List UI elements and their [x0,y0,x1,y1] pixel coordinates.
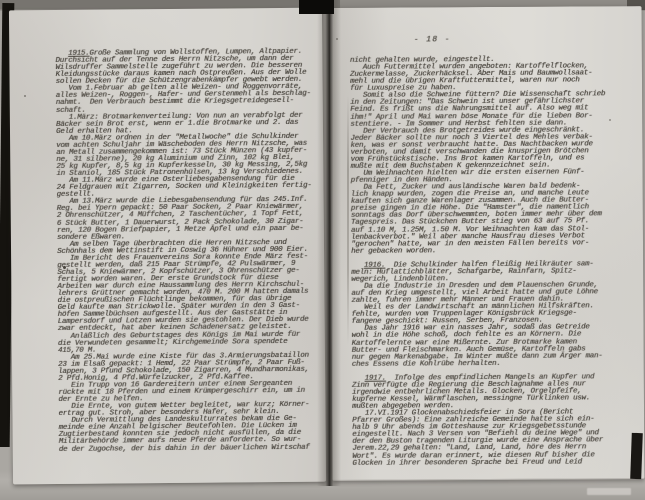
ink-speck [63,266,66,269]
left-page-text: 1915.Große Sammlung von Wollstoffen, Lum… [55,49,314,454]
gutter-top-black-mark [299,0,334,14]
ink-speck [24,95,26,97]
ink-speck [336,38,338,40]
corner-stamp-mark [587,488,631,495]
page-number: - 18 - [414,36,451,44]
scanned-book-spread: 1915.Große Sammlung von Wollstoffen, Lum… [0,0,645,500]
left-page: 1915.Große Sammlung von Wollstoffen, Lum… [9,8,326,485]
page-crease [347,95,349,345]
ink-speck [609,119,611,121]
right-page-text: nicht gehalten wurde, eingestellt. Auch … [350,56,608,467]
book-gutter-shadow [317,0,341,486]
photo-right-dark-bar [630,433,643,479]
right-page: - 18 - nicht gehalten wurde, eingestellt… [330,6,645,481]
